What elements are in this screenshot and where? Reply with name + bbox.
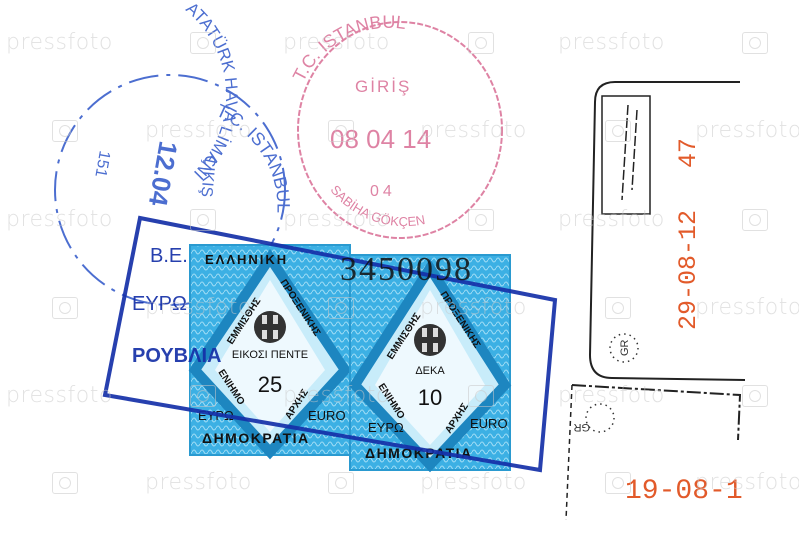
watermark-text: pressfoto (6, 383, 113, 408)
watermark-text: pressfoto (558, 30, 665, 55)
watermark-text: pressfoto (420, 118, 527, 143)
camera-icon (605, 472, 631, 494)
camera-icon (328, 120, 354, 142)
camera-icon (742, 209, 768, 231)
watermark-text: pressfoto (695, 118, 799, 143)
watermark-text: pressfoto (283, 383, 390, 408)
watermark-text: pressfoto (558, 383, 665, 408)
camera-icon (605, 297, 631, 319)
watermark-text: pressfoto (420, 470, 527, 495)
watermark-text: pressfoto (558, 207, 665, 232)
watermark-text: pressfoto (283, 30, 390, 55)
watermark-text: pressfoto (695, 295, 799, 320)
camera-icon (190, 32, 216, 54)
camera-icon (328, 297, 354, 319)
watermark-text: pressfoto (145, 295, 252, 320)
camera-icon (468, 209, 494, 231)
watermark-text: pressfoto (6, 207, 113, 232)
watermark-layer: pressfoto pressfoto pressfoto pressfoto … (0, 0, 799, 559)
watermark-text: pressfoto (6, 30, 113, 55)
camera-icon (52, 472, 78, 494)
watermark-text: pressfoto (420, 295, 527, 320)
camera-icon (190, 385, 216, 407)
watermark-text: pressfoto (695, 470, 799, 495)
camera-icon (605, 120, 631, 142)
camera-icon (52, 120, 78, 142)
watermark-text: pressfoto (145, 470, 252, 495)
watermark-text: pressfoto (283, 207, 390, 232)
camera-icon (742, 385, 768, 407)
camera-icon (52, 297, 78, 319)
camera-icon (742, 32, 768, 54)
camera-icon (190, 209, 216, 231)
camera-icon (468, 32, 494, 54)
watermark-text: pressfoto (145, 118, 252, 143)
camera-icon (328, 472, 354, 494)
camera-icon (468, 385, 494, 407)
